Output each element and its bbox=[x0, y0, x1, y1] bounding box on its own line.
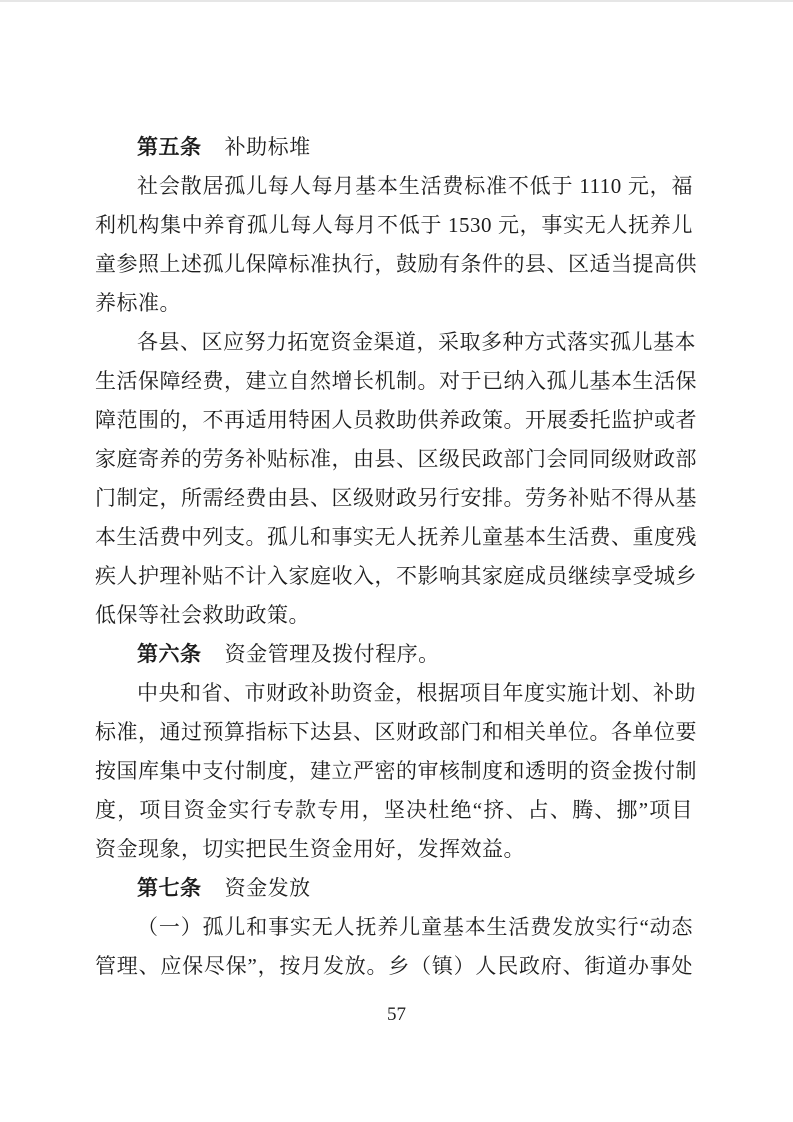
page-number: 57 bbox=[0, 1000, 793, 1030]
document-text-block: 第五条补助标堆社会散居孤儿每人每月基本生活费标准不低于 1110 元，福利机构集… bbox=[95, 128, 693, 986]
heading-number: 第六条 bbox=[137, 642, 202, 666]
text-line: 度，项目资金实行专款专用，坚决杜绝“挤、占、腾、挪”项目 bbox=[95, 791, 693, 830]
scan-edge-artifact bbox=[0, 0, 793, 2]
text-line: 社会散居孤儿每人每月基本生活费标准不低于 1110 元，福 bbox=[95, 167, 693, 206]
heading-title: 资金发放 bbox=[225, 876, 311, 900]
text-line: 童参照上述孤儿保障标准执行，鼓励有条件的县、区适当提高供 bbox=[95, 245, 693, 284]
text-line: 门制定，所需经费由县、区级财政另行安排。劳务补贴不得从基 bbox=[95, 479, 693, 518]
text-line: 各县、区应努力拓宽资金渠道，采取多种方式落实孤儿基本 bbox=[95, 323, 693, 362]
text-line: 家庭寄养的劳务补贴标准，由县、区级民政部门会同同级财政部 bbox=[95, 440, 693, 479]
text-line: 按国库集中支付制度，建立严密的审核制度和透明的资金拨付制 bbox=[95, 752, 693, 791]
text-line: （一）孤儿和事实无人抚养儿童基本生活费发放实行“动态 bbox=[95, 908, 693, 947]
heading-title: 补助标堆 bbox=[225, 135, 311, 159]
section-heading: 第六条资金管理及拨付程序。 bbox=[95, 635, 693, 674]
text-line: 管理、应保尽保”，按月发放。乡（镇）人民政府、街道办事处 bbox=[95, 947, 693, 986]
text-line: 低保等社会救助政策。 bbox=[95, 596, 693, 635]
heading-number: 第七条 bbox=[137, 876, 202, 900]
text-line: 本生活费中列支。孤儿和事实无人抚养儿童基本生活费、重度残 bbox=[95, 518, 693, 557]
section-heading: 第五条补助标堆 bbox=[95, 128, 693, 167]
document-page: { "page": { "number": "57" }, "document"… bbox=[0, 0, 793, 1122]
section-heading: 第七条资金发放 bbox=[95, 869, 693, 908]
text-line: 障范围的，不再适用特困人员救助供养政策。开展委托监护或者 bbox=[95, 401, 693, 440]
text-line: 生活保障经费，建立自然增长机制。对于已纳入孤儿基本生活保 bbox=[95, 362, 693, 401]
text-line: 中央和省、市财政补助资金，根据项目年度实施计划、补助 bbox=[95, 674, 693, 713]
text-line: 养标准。 bbox=[95, 284, 693, 323]
text-line: 标准，通过预算指标下达县、区财政部门和相关单位。各单位要 bbox=[95, 713, 693, 752]
text-line: 利机构集中养育孤儿每人每月不低于 1530 元，事实无人抚养儿 bbox=[95, 206, 693, 245]
heading-number: 第五条 bbox=[137, 135, 202, 159]
text-line: 疾人护理补贴不计入家庭收入，不影响其家庭成员继续享受城乡 bbox=[95, 557, 693, 596]
text-line: 资金现象，切实把民生资金用好，发挥效益。 bbox=[95, 830, 693, 869]
heading-title: 资金管理及拨付程序。 bbox=[225, 642, 440, 666]
